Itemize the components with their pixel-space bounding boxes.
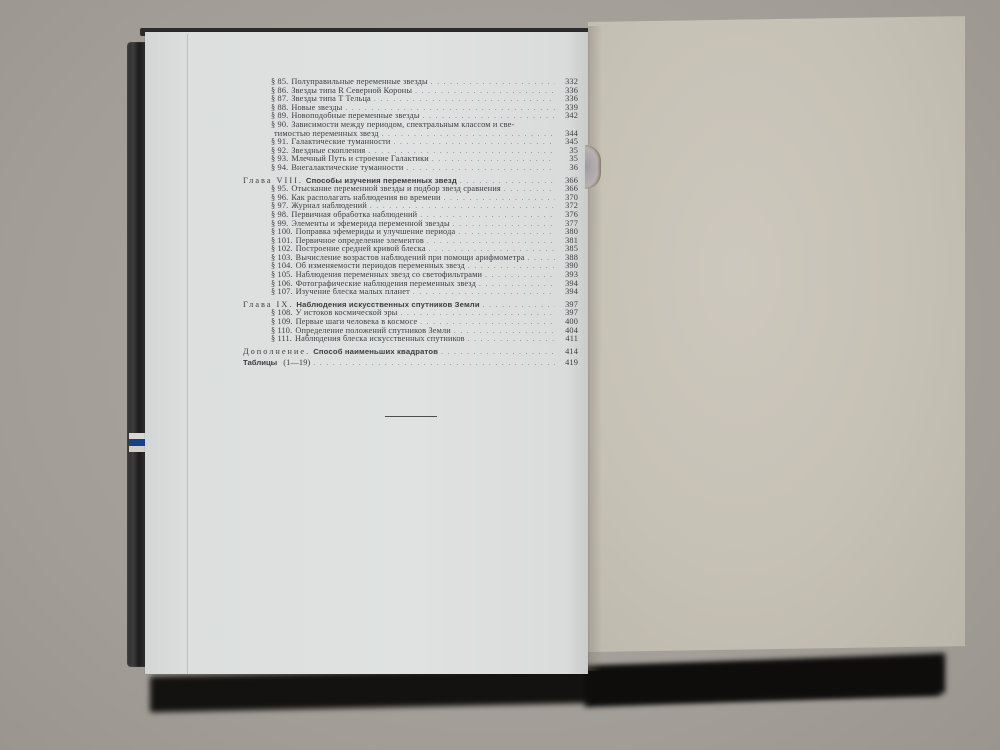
toc-chapter-row: Глава VIII.Способы изучения переменных з… [243,177,578,186]
toc-entry-title: Способы изучения переменных звезд [306,177,457,186]
leader-dots [431,78,555,87]
toc-entry-title: Определение положений спутников Земли [295,327,451,336]
toc-entry-title: Способ наименьших квадратов [313,348,438,357]
toc-entry-row: § 95.Отыскание переменной звезды и подбо… [243,185,578,194]
leader-dots [458,228,555,237]
toc-entry-title: Изучение блеска малых планет [296,288,410,297]
toc-entry-row: § 96.Как располагать наблюдения во време… [243,194,578,203]
table-of-contents: § 85.Полуправильные переменные звезды332… [243,78,578,368]
toc-chapter-row: Глава IX.Наблюдения искусственных спутни… [243,301,578,310]
toc-entry-row: § 98.Первичная обработка наблюдений376 [243,211,578,220]
toc-entry-row: § 89.Новоподобные переменные звезды342 [243,112,578,121]
toc-entry-number: § 94. [271,164,288,173]
leader-dots [429,245,555,254]
toc-entry-row: § 94.Внегалактические туманности36 [243,164,578,173]
toc-entry-title: Первичная обработка наблюдений [291,211,417,220]
leader-dots [441,348,555,357]
right-page-blank [588,16,965,652]
toc-entry-number: § 90. [271,121,288,130]
right-page-gutter [588,26,602,671]
spine-band-blue [129,439,145,446]
toc-page-number: 414 [558,348,578,357]
toc-entry-row: § 92.Звездные скопления35 [243,147,578,156]
toc-entry-row: § 90.Зависимости между периодом, спектра… [243,121,578,130]
toc-entry-row: § 91.Галактические туманности345 [243,138,578,147]
book-spine [127,42,147,667]
toc-entry-title: Как располагать наблюдения во времени [291,194,440,203]
toc-entry-row: тимостью переменных звезд344 [243,130,578,139]
toc-entry-title: Внегалактические туманности [291,164,403,173]
toc-entry-row: § 105.Наблюдения переменных звезд со све… [243,271,578,280]
toc-entry-title: Звезды типа R Северной Короны [291,87,412,96]
toc-entry-number: Дополнение. [243,348,310,357]
toc-entry-title: Наблюдения блеска искусственных спутнико… [295,335,465,344]
toc-entry-title: Элементы и эфемерида переменной звезды [291,220,449,229]
leader-dots [401,309,555,318]
toc-entry-title: Млечный Путь и строение Галактики [291,155,429,164]
toc-entry-number: § 111. [271,335,292,344]
leader-dots [394,138,556,147]
toc-entry-row: § 106.Фотографические наблюдения перемен… [243,280,578,289]
leader-dots [420,318,555,327]
leader-dots [468,335,555,344]
leader-dots [413,288,555,297]
leader-dots [374,95,555,104]
toc-entry-row: § 97.Журнал наблюдений372 [243,202,578,211]
toc-entry-title: Вычисление возрастов наблюдений при помо… [296,254,525,263]
toc-entry-number: § 107. [271,288,293,297]
toc-entry-row: § 101.Первичное определение элементов381 [243,237,578,246]
toc-entry-row: Дополнение.Способ наименьших квадратов41… [243,348,578,357]
flyleaf-edge [187,34,188,674]
toc-entry-title: (1—19) [283,359,310,368]
toc-page-number: 419 [558,359,578,368]
toc-entry-title: Отыскание переменной звезды и подбор зве… [291,185,501,194]
toc-entry-row: § 88.Новые звезды339 [243,104,578,113]
leader-dots [483,301,555,310]
leader-dots [382,130,555,139]
leader-dots [444,194,555,203]
leader-dots [345,104,555,113]
leader-dots [453,220,555,229]
leader-dots [504,185,555,194]
leader-dots [485,271,555,280]
leader-dots [479,280,555,289]
leader-dots [415,87,555,96]
toc-entry-title: У истоков космической эры [296,309,398,318]
leader-dots [460,177,555,186]
toc-entry-title: Об изменяемости периодов переменных звез… [296,262,465,271]
toc-entry-title: тимостью переменных звезд [274,130,379,139]
toc-entry-row: § 104.Об изменяемости периодов переменны… [243,262,578,271]
leader-dots [432,155,555,164]
leader-dots [368,147,555,156]
leader-dots [420,211,555,220]
toc-entry-row: § 86.Звезды типа R Северной Короны336 [243,87,578,96]
leader-dots [313,359,555,368]
toc-entry-row: § 87.Звезды типа T Тельца336 [243,95,578,104]
toc-entry-title: Первичное определение элементов [296,237,424,246]
toc-entry-title: Журнал наблюдений [291,202,367,211]
end-rule [385,416,437,417]
toc-entry-row: § 110.Определение положений спутников Зе… [243,327,578,336]
toc-entry-row: § 99.Элементы и эфемерида переменной зве… [243,220,578,229]
toc-entry-title: Галактические туманности [291,138,390,147]
leader-dots [528,254,555,263]
toc-entry-title: Полуправильные переменные звезды [291,78,427,87]
leader-dots [423,112,555,121]
toc-entry-title: Наблюдения переменных звезд со светофиль… [296,271,482,280]
toc-entry-title: Звезды типа T Тельца [291,95,371,104]
toc-entry-row: § 100.Поправка эфемериды и улучшение пер… [243,228,578,237]
spine-band-white [129,446,145,452]
toc-entry-title: Наблюдения искусственных спутников Земли [296,301,479,310]
leader-dots [406,164,555,173]
toc-entry-row: § 108.У истоков космической эры397 [243,309,578,318]
toc-entry-row: § 85.Полуправильные переменные звезды332 [243,78,578,87]
toc-entry-row: § 111.Наблюдения блеска искусственных сп… [243,335,578,344]
toc-entry-row: Таблицы(1—19)419 [243,359,578,368]
leader-dots [370,202,555,211]
leader-dots [468,262,555,271]
toc-entry-row: § 102.Построение средней кривой блеска38… [243,245,578,254]
toc-entry-title: Новоподобные переменные звезды [291,112,419,121]
toc-entry-row: § 107.Изучение блеска малых планет394 [243,288,578,297]
toc-entry-title: Поправка эфемериды и улучшение периода [296,228,456,237]
toc-page-number: 411 [558,335,578,344]
toc-entry-title: Новые звезды [291,104,342,113]
toc-entry-title: Фотографические наблюдения переменных зв… [296,280,476,289]
toc-entry-number: Таблицы [243,359,277,368]
toc-page-number: 342 [558,112,578,121]
toc-entry-title: Первые шаги человека в космосе [296,318,418,327]
leader-dots [427,237,555,246]
toc-entry-row: § 103.Вычисление возрастов наблюдений пр… [243,254,578,263]
toc-page-number: 394 [558,288,578,297]
toc-entry-row: § 93.Млечный Путь и строение Галактики35 [243,155,578,164]
toc-entry-title: Построение средней кривой блеска [296,245,426,254]
leader-dots [454,327,555,336]
toc-entry-title: Звездные скопления [291,147,365,156]
toc-page-number: 36 [558,164,578,173]
toc-entry-row: § 109.Первые шаги человека в космосе400 [243,318,578,327]
toc-entry-title: Зависимости между периодом, спектральным… [291,121,514,130]
